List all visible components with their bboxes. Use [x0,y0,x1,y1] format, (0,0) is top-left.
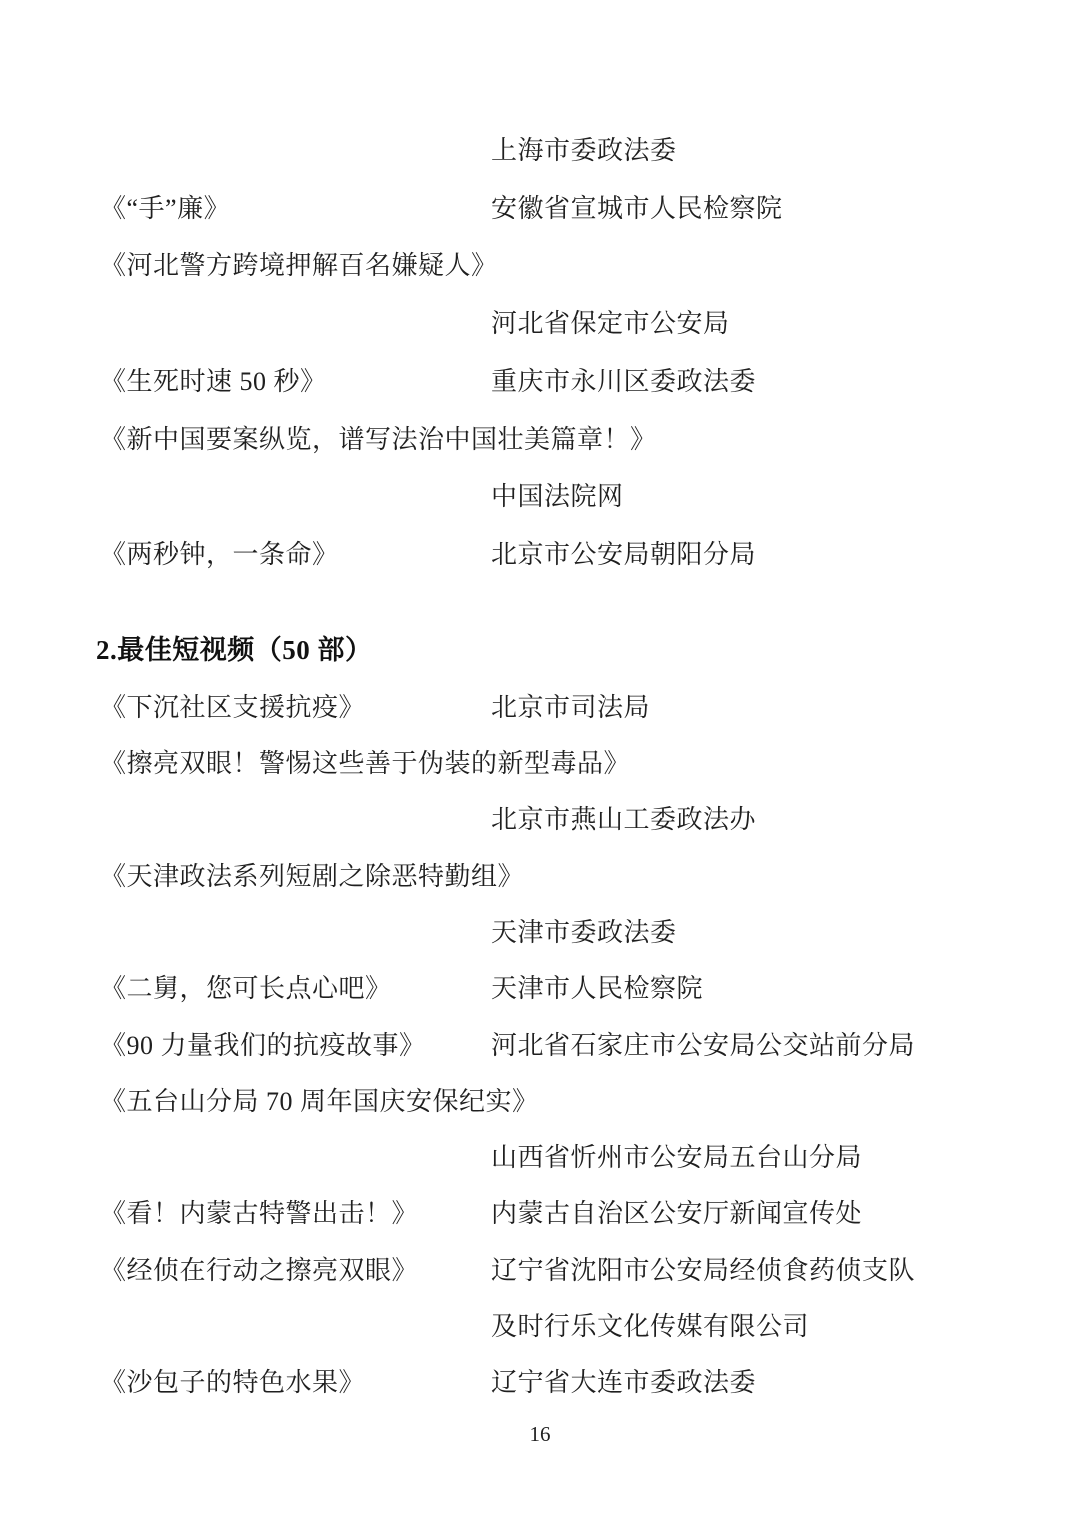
list-row: 《“手”廉》 安徽省宣城市人民检察院 [0,192,1080,226]
organization: 安徽省宣城市人民检察院 [491,192,783,226]
work-title: 《天津政法系列短剧之除恶特勤组》 [100,860,524,894]
organization: 河北省保定市公安局 [491,307,730,341]
organization: 辽宁省大连市委政法委 [491,1366,756,1400]
list-row: 《河北警方跨境押解百名嫌疑人》 [0,249,1080,283]
list-row: 天津市委政法委 [0,916,1080,950]
list-row: 及时行乐文化传媒有限公司 [0,1310,1080,1344]
organization: 天津市委政法委 [491,916,677,950]
work-title: 《河北警方跨境押解百名嫌疑人》 [100,249,498,283]
organization: 中国法院网 [491,480,624,514]
list-row: 《二舅，您可长点心吧》 天津市人民检察院 [0,972,1080,1006]
organization: 北京市司法局 [491,691,650,725]
organization: 上海市委政法委 [491,134,677,168]
work-title: 《看！内蒙古特警出击！》 [100,1197,418,1231]
organization: 辽宁省沈阳市公安局经侦食药侦支队 [491,1254,915,1288]
work-title: 《“手”廉》 [100,192,230,226]
list-row: 《天津政法系列短剧之除恶特勤组》 [0,860,1080,894]
work-title: 《二舅，您可长点心吧》 [100,972,392,1006]
list-row: 中国法院网 [0,480,1080,514]
work-title: 《擦亮双眼！警惕这些善于伪装的新型毒品》 [100,747,630,781]
list-row: 《看！内蒙古特警出击！》 内蒙古自治区公安厅新闻宣传处 [0,1197,1080,1231]
list-row: 《下沉社区支援抗疫》 北京市司法局 [0,691,1080,725]
organization: 山西省忻州市公安局五台山分局 [491,1141,862,1175]
organization: 河北省石家庄市公安局公交站前分局 [491,1029,915,1063]
list-row: 河北省保定市公安局 [0,307,1080,341]
work-title: 《经侦在行动之擦亮双眼》 [100,1254,418,1288]
list-row: 《五台山分局 70 周年国庆安保纪实》 [0,1085,1080,1119]
work-title: 《90 力量我们的抗疫故事》 [100,1029,426,1063]
list-row: 北京市燕山工委政法办 [0,803,1080,837]
work-title: 《两秒钟，一条命》 [100,538,339,572]
organization: 重庆市永川区委政法委 [491,365,756,399]
list-row: 《90 力量我们的抗疫故事》 河北省石家庄市公安局公交站前分局 [0,1029,1080,1063]
organization: 及时行乐文化传媒有限公司 [491,1310,809,1344]
document-page: 上海市委政法委 《“手”廉》 安徽省宣城市人民检察院 《河北警方跨境押解百名嫌疑… [0,0,1080,1527]
list-row: 《两秒钟，一条命》 北京市公安局朝阳分局 [0,538,1080,572]
work-title: 《新中国要案纵览，谱写法治中国壮美篇章！》 [100,423,657,457]
list-row: 山西省忻州市公安局五台山分局 [0,1141,1080,1175]
work-title: 《沙包子的特色水果》 [100,1366,365,1400]
list-row: 《生死时速 50 秒》 重庆市永川区委政法委 [0,365,1080,399]
organization: 北京市公安局朝阳分局 [491,538,756,572]
work-title: 《五台山分局 70 周年国庆安保纪实》 [100,1085,539,1119]
organization: 北京市燕山工委政法办 [491,803,756,837]
list-row: 《新中国要案纵览，谱写法治中国壮美篇章！》 [0,423,1080,457]
list-row: 《经侦在行动之擦亮双眼》 辽宁省沈阳市公安局经侦食药侦支队 [0,1254,1080,1288]
organization: 内蒙古自治区公安厅新闻宣传处 [491,1197,862,1231]
page-number: 16 [0,1421,1080,1447]
list-row: 《擦亮双眼！警惕这些善于伪装的新型毒品》 [0,747,1080,781]
list-row: 上海市委政法委 [0,134,1080,168]
organization: 天津市人民检察院 [491,972,703,1006]
work-title: 《下沉社区支援抗疫》 [100,691,365,725]
work-title: 《生死时速 50 秒》 [100,365,327,399]
list-row: 《沙包子的特色水果》 辽宁省大连市委政法委 [0,1366,1080,1400]
section-heading: 2.最佳短视频（50 部） [96,633,996,667]
